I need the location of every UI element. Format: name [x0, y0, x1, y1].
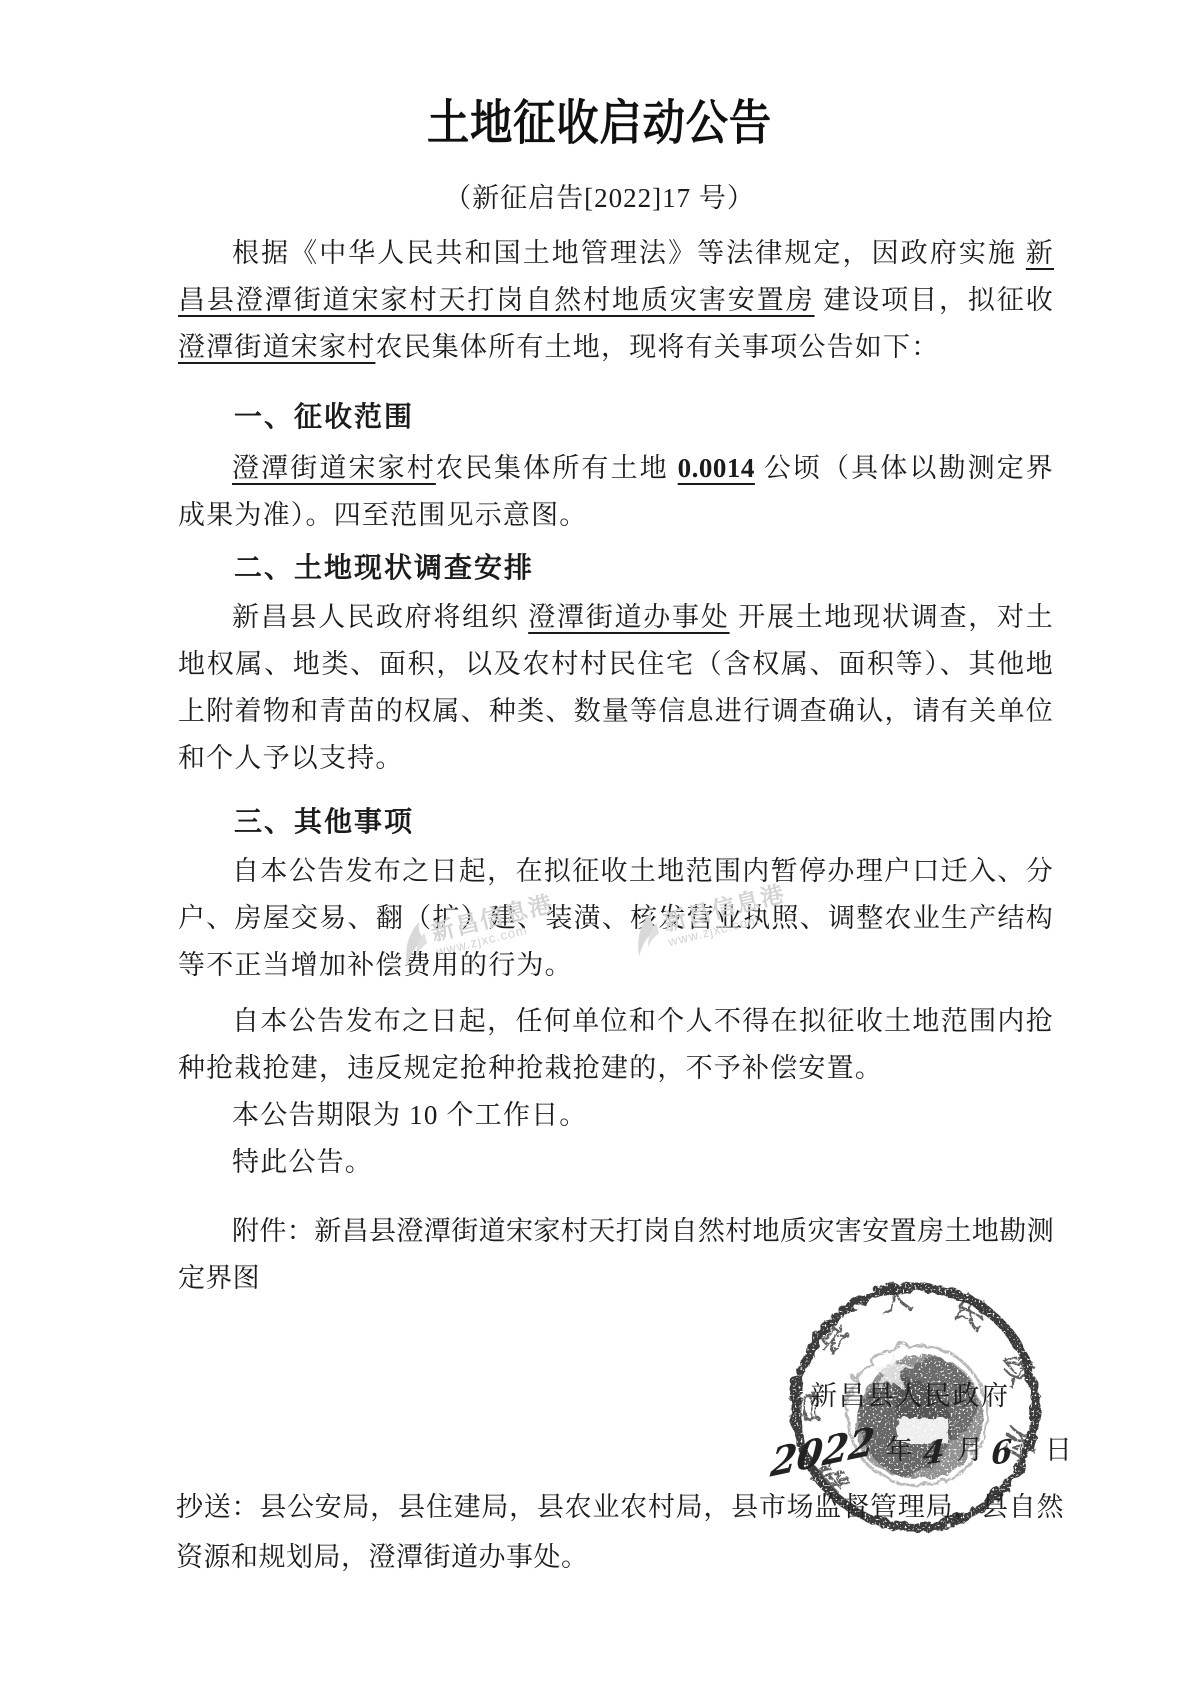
- section-1-paragraph: 澄潭街道宋家村农民集体所有土地 0.0014 公顷（具体以勘测定界成果为准）。四…: [178, 445, 1054, 539]
- intro-paragraph: 根据《中华人民共和国土地管理法》等法律规定，因政府实施 新昌县澄潭街道宋家村天打…: [178, 230, 1054, 371]
- section-1-heading: 一、征收范围: [178, 393, 1054, 440]
- document-page: 土地征收启动公告 （新征启告[2022]17 号） 根据《中华人民共和国土地管理…: [0, 0, 1199, 1696]
- section-2-heading: 二、土地现状调查安排: [178, 544, 1054, 591]
- doc-number: （新征启告[2022]17 号）: [0, 176, 1199, 215]
- intro-tail: 农民集体所有土地，现将有关事项公告如下：: [375, 332, 939, 362]
- issuer-name: 新昌县人民政府: [810, 1374, 1010, 1413]
- section-2-paragraph: 新昌县人民政府将组织 澄潭街道办事处 开展土地现状调查，对土地权属、地类、面积，…: [178, 594, 1054, 782]
- section-3-paragraph-3: 本公告期限为 10 个工作日。: [178, 1092, 1054, 1139]
- section-3-paragraph-1: 自本公告发布之日起，在拟征收土地范围内暂停办理户口迁入、分户、房屋交易、翻（扩）…: [178, 848, 1054, 989]
- handwritten-month: 4: [922, 1433, 946, 1473]
- issue-date: 2022年4月6日: [770, 1428, 1072, 1474]
- page-title: 土地征收启动公告: [72, 84, 1127, 153]
- intro-lead: 根据《中华人民共和国土地管理法》等法律规定，因政府实施: [232, 238, 1026, 268]
- section-3-paragraph-2: 自本公告发布之日起，任何单位和个人不得在拟征收土地范围内抢种抢栽抢建，违反规定抢…: [178, 998, 1054, 1092]
- document-body: 根据《中华人民共和国土地管理法》等法律规定，因政府实施 新昌县澄潭街道宋家村天打…: [178, 230, 1054, 1302]
- seal-char: 人: [875, 1277, 914, 1318]
- village-underlined: 澄潭街道宋家村: [232, 453, 436, 483]
- street-village-underlined: 澄潭街道宋家村: [178, 332, 375, 362]
- section-1-text-a: 农民集体所有土地: [436, 453, 678, 483]
- handwritten-day: 6: [992, 1433, 1013, 1473]
- section-3-heading: 三、其他事项: [178, 798, 1054, 845]
- seal-char: 县: [804, 1310, 854, 1359]
- section-2-text-a: 新昌县人民政府将组织: [232, 602, 528, 632]
- section-3-paragraph-4: 特此公告。: [178, 1139, 1054, 1186]
- year-label: 年: [886, 1435, 913, 1465]
- intro-mid: 建设项目，拟征收: [815, 285, 1054, 315]
- day-label: 日: [1045, 1435, 1072, 1465]
- office-underlined: 澄潭街道办事处: [528, 602, 729, 632]
- land-area-value: 0.0014: [678, 453, 755, 483]
- month-label: 月: [956, 1435, 983, 1465]
